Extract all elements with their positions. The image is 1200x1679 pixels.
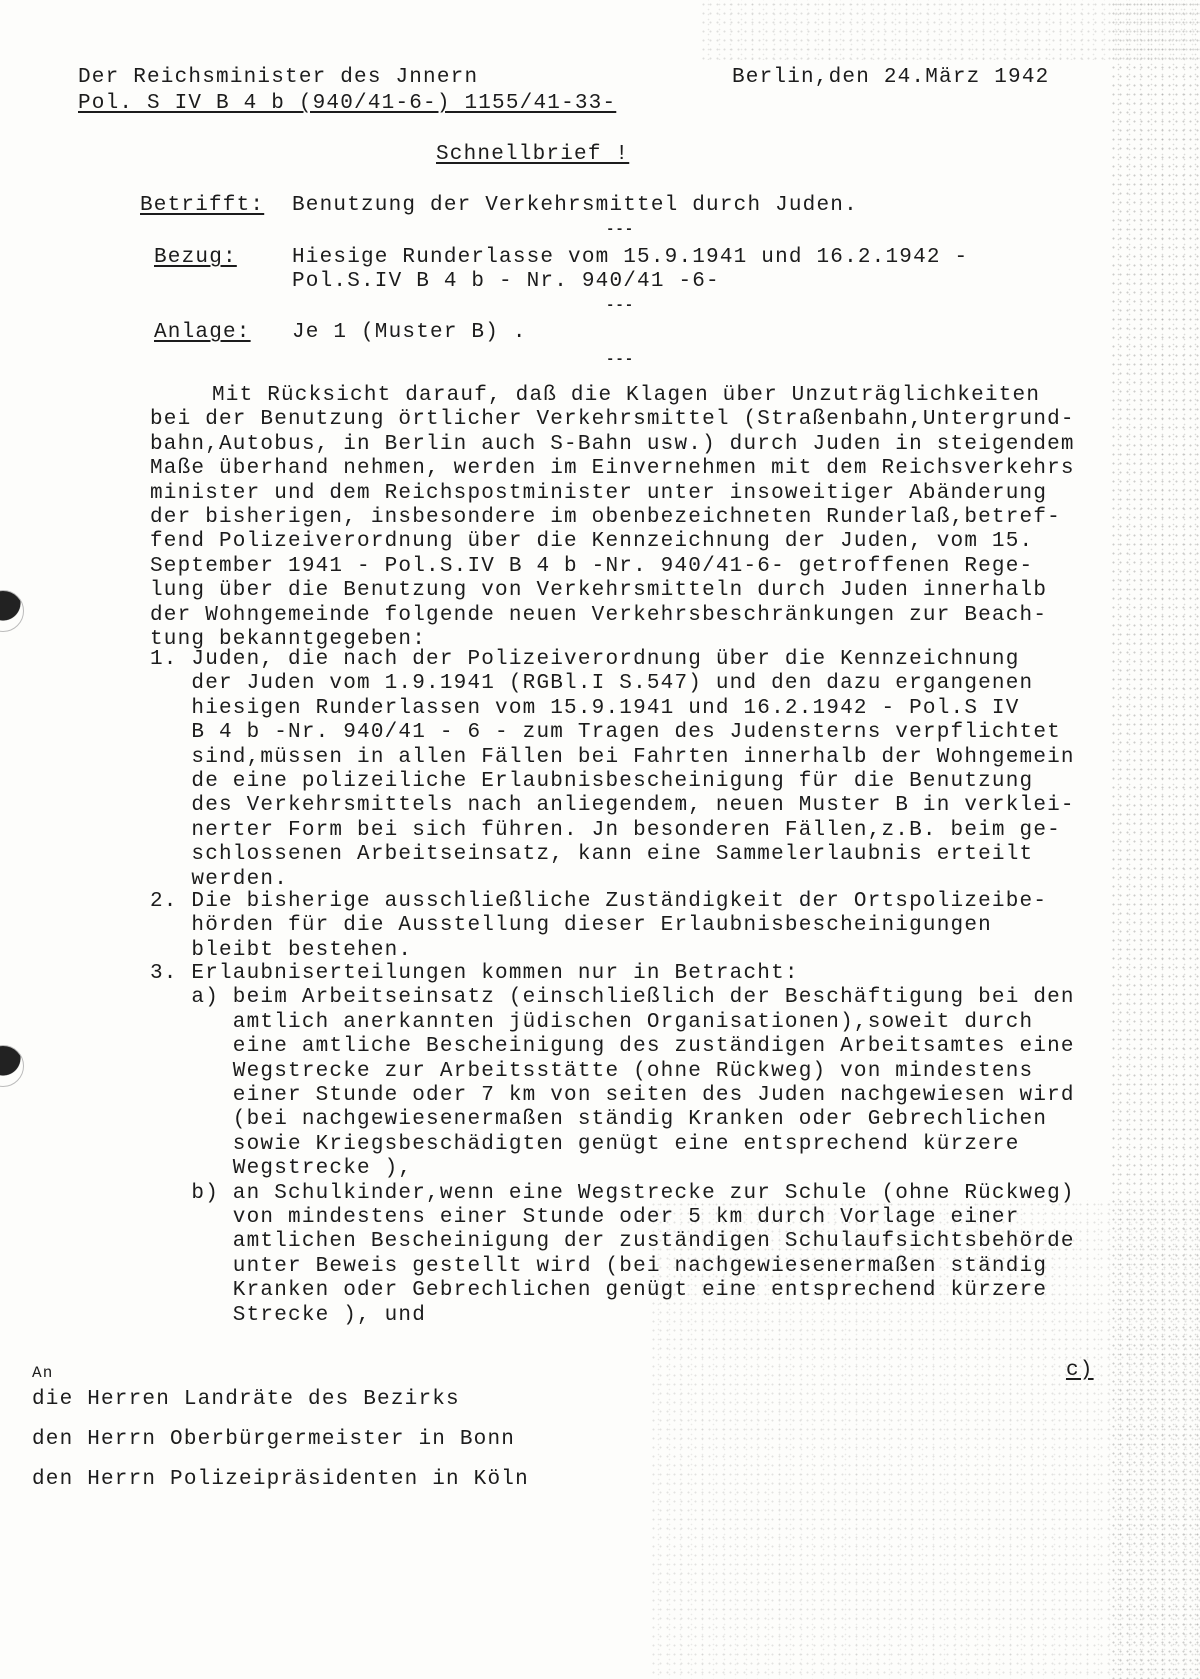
body-line: sowie Kriegsbeschädigten genügt eine ent…: [150, 1133, 1020, 1157]
punch-hole-icon: [0, 1045, 24, 1087]
body-line: fend Polizeiverordnung über die Kennzeic…: [150, 530, 1033, 554]
body-line: schlossenen Arbeitseinsatz, kann eine Sa…: [150, 843, 1033, 867]
document-title: Schnellbrief !: [436, 143, 629, 167]
body-line: eine amtliche Bescheinigung des zuständi…: [150, 1035, 1075, 1059]
separator: ---: [606, 222, 634, 238]
document-page: Der Reichsminister des Jnnern Pol. S IV …: [0, 0, 1200, 1679]
anlage-label: Anlage:: [154, 321, 251, 345]
body-line: bleibt bestehen.: [150, 939, 412, 963]
body-line: bei der Benutzung örtlicher Verkehrsmitt…: [150, 408, 1075, 432]
continuation-marker: c): [1066, 1359, 1094, 1383]
body-line: de eine polizeiliche Erlaubnisbescheinig…: [150, 770, 1033, 794]
body-line: Wegstrecke ),: [150, 1157, 412, 1181]
body-line: des Verkehrsmittels nach anliegendem, ne…: [150, 794, 1075, 818]
place-date: Berlin,den 24.März 1942: [732, 66, 1049, 90]
body-line: von mindestens einer Stunde oder 5 km du…: [150, 1206, 1020, 1230]
body-line: nerter Form bei sich führen. Jn besonder…: [150, 819, 1061, 843]
body-line: amtlichen Bescheinigung der zuständigen …: [150, 1230, 1075, 1254]
body-line: 3. Erlaubniserteilungen kommen nur in Be…: [150, 962, 799, 986]
body-line: sind,müssen in allen Fällen bei Fahrten …: [150, 746, 1075, 770]
body-line: der Wohngemeinde folgende neuen Verkehrs…: [150, 604, 1047, 628]
body-line: hörden für die Ausstellung dieser Erlaub…: [150, 914, 992, 938]
reference-number: Pol. S IV B 4 b (940/41-6-) 1155/41-33-: [78, 92, 616, 116]
body-line: Strecke ), und: [150, 1304, 426, 1328]
body-line: hiesigen Runderlassen vom 15.9.1941 und …: [150, 697, 1020, 721]
body-line: Kranken oder Gebrechlichen genügt eine e…: [150, 1279, 1047, 1303]
separator: ---: [606, 352, 634, 368]
body-line: (bei nachgewiesenermaßen ständig Kranken…: [150, 1108, 1047, 1132]
betrifft-text: Benutzung der Verkehrsmittel durch Juden…: [292, 194, 858, 218]
body-line: Maße überhand nehmen, werden im Einverne…: [150, 457, 1075, 481]
bezug-line-1: Hiesige Runderlasse vom 15.9.1941 und 16…: [292, 246, 968, 270]
body-line: B 4 b -Nr. 940/41 - 6 - zum Tragen des J…: [150, 721, 1061, 745]
body-line: amtlich anerkannten jüdischen Organisati…: [150, 1011, 1033, 1035]
body-line: lung über die Benutzung von Verkehrsmitt…: [150, 579, 1047, 603]
recipients-label: An: [32, 1361, 54, 1385]
recipient-line: den Herrn Oberbürgermeister in Bonn: [32, 1428, 515, 1452]
body-line: minister und dem Reichspostminister unte…: [150, 482, 1047, 506]
punch-hole-icon: [0, 590, 24, 632]
anlage-text: Je 1 (Muster B) .: [292, 321, 527, 345]
scan-noise: [1110, 0, 1200, 1679]
scan-noise: [700, 0, 1200, 60]
sender: Der Reichsminister des Jnnern: [78, 66, 478, 90]
body-line: September 1941 - Pol.S.IV B 4 b -Nr. 940…: [150, 555, 1033, 579]
recipient-line: den Herrn Polizeipräsidenten in Köln: [32, 1468, 529, 1492]
bezug-line-2: Pol.S.IV B 4 b - Nr. 940/41 -6-: [292, 270, 720, 294]
body-line: einer Stunde oder 7 km von seiten des Ju…: [150, 1084, 1075, 1108]
separator: ---: [606, 298, 634, 314]
body-line: Mit Rücksicht darauf, daß die Klagen übe…: [212, 384, 1040, 408]
bezug-label: Bezug:: [154, 246, 237, 270]
body-line: bahn,Autobus, in Berlin auch S-Bahn usw.…: [150, 433, 1075, 457]
recipient-line: die Herren Landräte des Bezirks: [32, 1388, 460, 1412]
body-line: 2. Die bisherige ausschließliche Zuständ…: [150, 890, 1047, 914]
body-line: unter Beweis gestellt wird (bei nachgewi…: [150, 1255, 1047, 1279]
body-line: werden.: [150, 868, 288, 892]
body-line: b) an Schulkinder,wenn eine Wegstrecke z…: [150, 1182, 1075, 1206]
body-line: a) beim Arbeitseinsatz (einschließlich d…: [150, 986, 1075, 1010]
body-line: der Juden vom 1.9.1941 (RGBl.I S.547) un…: [150, 672, 1033, 696]
body-line: 1. Juden, die nach der Polizeiverordnung…: [150, 648, 1020, 672]
body-line: Wegstrecke zur Arbeitsstätte (ohne Rückw…: [150, 1060, 1033, 1084]
body-line: der bisherigen, insbesondere im obenbeze…: [150, 506, 1061, 530]
betrifft-label: Betrifft:: [140, 194, 264, 218]
